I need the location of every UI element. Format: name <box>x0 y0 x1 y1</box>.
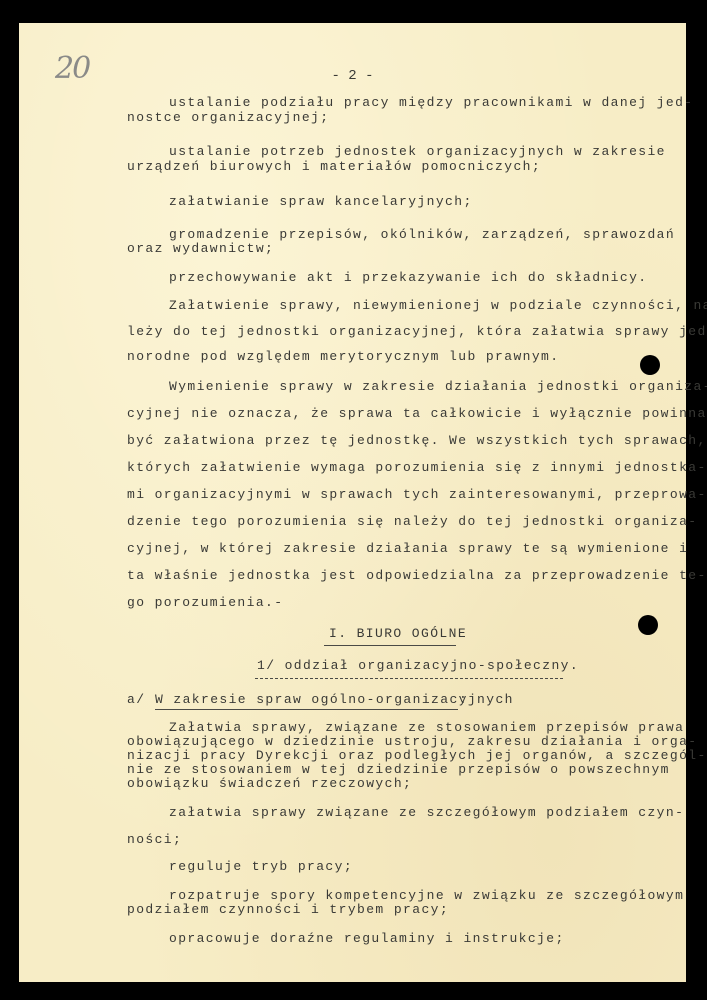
text-line: załatwia sprawy związane ze szczegółowym… <box>169 806 684 819</box>
text-line: Załatwienie sprawy, niewymienionej w pod… <box>169 299 707 312</box>
text-line: gromadzenie przepisów, okólników, zarząd… <box>169 228 675 241</box>
text-line: dzenie tego porozumienia się należy do t… <box>127 515 697 528</box>
text-line: załatwianie spraw kancelaryjnych; <box>169 195 473 208</box>
text-line: oraz wydawnictw; <box>127 242 274 255</box>
text-line: nizacji pracy Dyrekcji oraz podległych j… <box>127 749 707 762</box>
text-line: których załatwienie wymaga porozumienia … <box>127 461 707 474</box>
punch-hole <box>640 355 660 375</box>
text-line: ustalanie potrzeb jednostek organizacyjn… <box>169 145 666 158</box>
text-line: norodne pod względem merytorycznym lub p… <box>127 350 559 363</box>
subsection-heading: 1/ oddział organizacyjno-społeczny. <box>257 659 579 672</box>
text-line: leży do tej jednostki organizacyjnej, kt… <box>127 325 707 338</box>
text-line: być załatwiona przez tę jednostkę. We ws… <box>127 434 707 447</box>
text-line: Załatwia sprawy, związane ze stosowaniem… <box>169 721 684 734</box>
document-page: 20 - 2 - ustalanie podziału pracy między… <box>19 23 686 982</box>
text-line: podziałem czynności i trybem pracy; <box>127 903 449 916</box>
text-line: urządzeń biurowych i materiałów pomocnic… <box>127 160 541 173</box>
text-line: cyjnej nie oznacza, że sprawa ta całkowi… <box>127 407 707 420</box>
text-line: ta właśnie jednostka jest odpowiedzialna… <box>127 569 707 582</box>
text-line: obowiązku świadczeń rzeczowych; <box>127 777 412 790</box>
text-line: Wymienienie sprawy w zakresie działania … <box>169 380 707 393</box>
text-line: obowiązującego w dziedzinie ustroju, zak… <box>127 735 697 748</box>
text-line: opracowuje doraźne regulaminy i instrukc… <box>169 932 565 945</box>
item-heading-colon: : <box>459 693 468 706</box>
section-heading-underline <box>324 645 456 646</box>
text-line: mi organizacyjnymi w sprawach tych zaint… <box>127 488 707 501</box>
item-heading-underline <box>155 709 458 710</box>
text-line: ności; <box>127 833 182 846</box>
page-number: - 2 - <box>19 68 686 84</box>
text-line: nostce organizacyjnej; <box>127 111 329 124</box>
punch-hole <box>638 615 658 635</box>
text-line: go porozumienia.- <box>127 596 283 609</box>
text-line: ustalanie podziału pracy między pracowni… <box>169 96 693 109</box>
item-marker: a/ <box>127 693 145 706</box>
text-line: nie ze stosowaniem w tej dziedzinie prze… <box>127 763 670 776</box>
text-line: reguluje tryb pracy; <box>169 860 353 873</box>
section-heading: I. BIURO OGÓLNE <box>329 627 467 640</box>
subsection-heading-underline <box>255 678 563 679</box>
text-line: rozpatruje spory kompetencyjne w związku… <box>169 889 684 902</box>
text-line: cyjnej, w której zakresie działania spra… <box>127 542 688 555</box>
text-line: przechowywanie akt i przekazywanie ich d… <box>169 271 647 284</box>
